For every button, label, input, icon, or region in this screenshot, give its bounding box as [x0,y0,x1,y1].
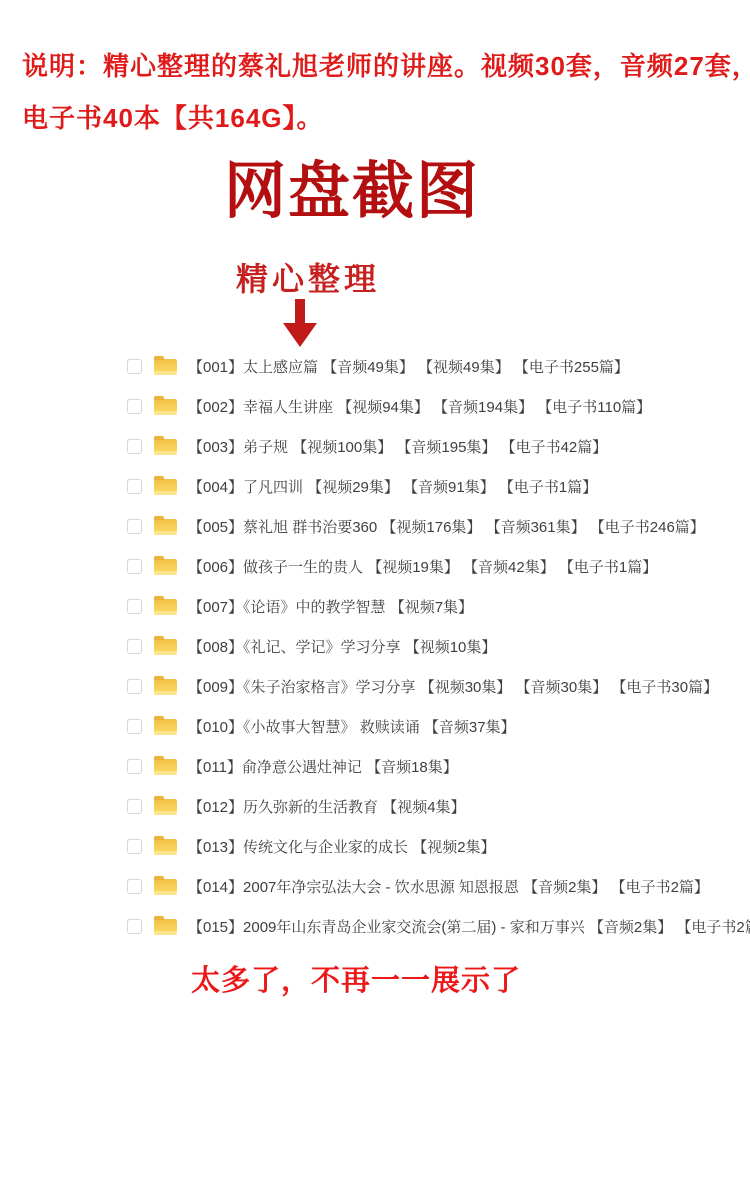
file-row[interactable]: 【011】俞净意公遇灶神记 【音频18集】 [127,746,737,786]
file-row[interactable]: 【002】幸福人生讲座 【视频94集】 【音频194集】 【电子书110篇】 [127,386,737,426]
intro-line-2: 电子书40本【共164G】。 [22,92,738,144]
row-checkbox[interactable] [127,879,142,894]
folder-icon [154,519,177,535]
file-label[interactable]: 【014】2007年净宗弘法大会 - 饮水思源 知恩报恩 【音频2集】 【电子书… [188,876,709,897]
file-label[interactable]: 【015】2009年山东青岛企业家交流会(第二届) - 家和万事兴 【音频2集】… [188,916,750,937]
folder-icon [154,839,177,855]
subtitle: 精心整理 [236,254,380,300]
down-arrow-icon [283,299,317,347]
file-label[interactable]: 【006】做孩子一生的贵人 【视频19集】 【音频42集】 【电子书1篇】 [188,556,657,577]
file-row[interactable]: 【006】做孩子一生的贵人 【视频19集】 【音频42集】 【电子书1篇】 [127,546,737,586]
footer-note: 太多了，不再一一展示了 [191,958,521,999]
file-row[interactable]: 【005】蔡礼旭 群书治要360 【视频176集】 【音频361集】 【电子书2… [127,506,737,546]
folder-icon [154,399,177,415]
row-checkbox[interactable] [127,759,142,774]
folder-icon [154,479,177,495]
row-checkbox[interactable] [127,799,142,814]
file-row[interactable]: 【015】2009年山东青岛企业家交流会(第二届) - 家和万事兴 【音频2集】… [127,906,737,946]
intro-line-1: 说明：精心整理的蔡礼旭老师的讲座。视频30套，音频27套， [22,40,738,92]
file-row[interactable]: 【010】《小故事大智慧》 救赎读诵 【音频37集】 [127,706,737,746]
file-label[interactable]: 【009】《朱子治家格言》学习分享 【视频30集】 【音频30集】 【电子书30… [188,676,718,697]
file-label[interactable]: 【012】历久弥新的生活教育 【视频4集】 [188,796,466,817]
folder-icon [154,439,177,455]
file-row[interactable]: 【004】了凡四训 【视频29集】 【音频91集】 【电子书1篇】 [127,466,737,506]
file-list: 【001】太上感应篇 【音频49集】 【视频49集】 【电子书255篇】 【00… [127,346,737,946]
row-checkbox[interactable] [127,719,142,734]
row-checkbox[interactable] [127,519,142,534]
folder-icon [154,759,177,775]
intro-note: 说明：精心整理的蔡礼旭老师的讲座。视频30套，音频27套， 电子书40本【共16… [22,40,738,144]
folder-icon [154,879,177,895]
file-row[interactable]: 【013】传统文化与企业家的成长 【视频2集】 [127,826,737,866]
file-row[interactable]: 【008】《礼记、学记》学习分享 【视频10集】 [127,626,737,666]
file-row[interactable]: 【003】弟子规 【视频100集】 【音频195集】 【电子书42篇】 [127,426,737,466]
row-checkbox[interactable] [127,399,142,414]
file-row[interactable]: 【001】太上感应篇 【音频49集】 【视频49集】 【电子书255篇】 [127,346,737,386]
file-row[interactable]: 【009】《朱子治家格言》学习分享 【视频30集】 【音频30集】 【电子书30… [127,666,737,706]
file-label[interactable]: 【004】了凡四训 【视频29集】 【音频91集】 【电子书1篇】 [188,476,597,497]
row-checkbox[interactable] [127,439,142,454]
folder-icon [154,599,177,615]
row-checkbox[interactable] [127,679,142,694]
folder-icon [154,559,177,575]
file-row[interactable]: 【007】《论语》中的教学智慧 【视频7集】 [127,586,737,626]
file-label[interactable]: 【011】俞净意公遇灶神记 【音频18集】 [188,756,458,777]
row-checkbox[interactable] [127,559,142,574]
row-checkbox[interactable] [127,479,142,494]
file-label[interactable]: 【013】传统文化与企业家的成长 【视频2集】 [188,836,496,857]
page-title: 网盘截图 [224,156,480,227]
folder-icon [154,719,177,735]
folder-icon [154,799,177,815]
folder-icon [154,919,177,935]
file-label[interactable]: 【002】幸福人生讲座 【视频94集】 【音频194集】 【电子书110篇】 [188,396,651,417]
row-checkbox[interactable] [127,599,142,614]
folder-icon [154,359,177,375]
file-label[interactable]: 【001】太上感应篇 【音频49集】 【视频49集】 【电子书255篇】 [188,356,629,377]
file-label[interactable]: 【010】《小故事大智慧》 救赎读诵 【音频37集】 [188,716,516,737]
file-row[interactable]: 【012】历久弥新的生活教育 【视频4集】 [127,786,737,826]
row-checkbox[interactable] [127,639,142,654]
file-label[interactable]: 【008】《礼记、学记》学习分享 【视频10集】 [188,636,496,657]
folder-icon [154,679,177,695]
file-label[interactable]: 【007】《论语》中的教学智慧 【视频7集】 [188,596,473,617]
file-label[interactable]: 【003】弟子规 【视频100集】 【音频195集】 【电子书42篇】 [188,436,607,457]
row-checkbox[interactable] [127,919,142,934]
row-checkbox[interactable] [127,839,142,854]
file-label[interactable]: 【005】蔡礼旭 群书治要360 【视频176集】 【音频361集】 【电子书2… [188,516,705,537]
row-checkbox[interactable] [127,359,142,374]
file-row[interactable]: 【014】2007年净宗弘法大会 - 饮水思源 知恩报恩 【音频2集】 【电子书… [127,866,737,906]
folder-icon [154,639,177,655]
